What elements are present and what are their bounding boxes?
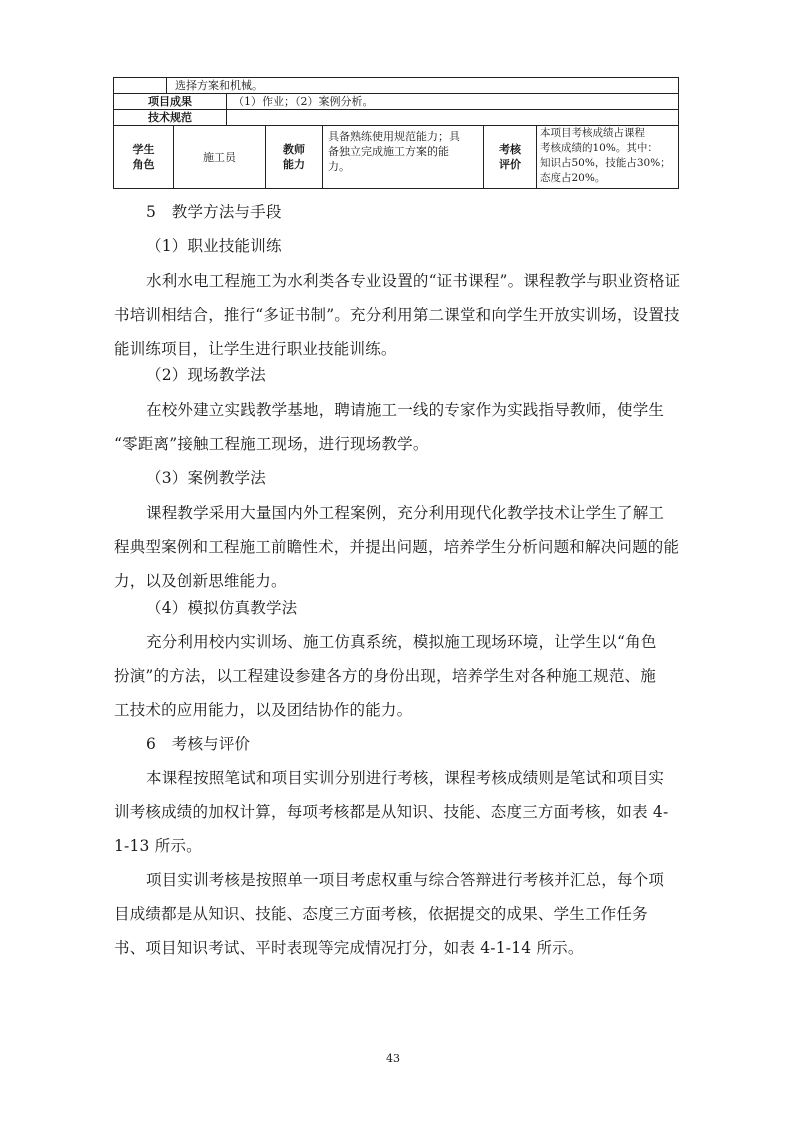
sec6-para2-line-3: 书、项目知识考试、平时表现等完成情况打分，如表 4-1-14 所示。 xyxy=(114,938,584,958)
teacher-ability-label-cell: 教师 能力 xyxy=(265,126,322,188)
sub3-line-2: 程典型案例和工程施工前瞻性术，并提出问题，培养学生分析问题和解决问题的能 xyxy=(114,537,679,557)
row1-label-cell xyxy=(114,78,166,93)
subsection-3-heading: （3）案例教学法 xyxy=(146,468,266,488)
teacher-ability-line3: 力。 xyxy=(328,159,478,174)
teacher-ability-line2: 备独立完成施工方案的能 xyxy=(328,144,478,159)
assessment-line1: 本项目考核成绩占课程 xyxy=(540,126,675,141)
subsection-1-heading: （1）职业技能训练 xyxy=(146,236,282,256)
table-row-3: 技术规范 xyxy=(113,109,679,125)
row2-value-cell: （1）作业；（2）案例分析。 xyxy=(226,94,678,109)
row3-label-cell: 技术规范 xyxy=(114,110,226,125)
section-5-heading: 5 教学方法与手段 xyxy=(146,202,282,222)
table-row-4: 学生 角色 施工员 教师 能力 具备熟练使用规范能力；具 备独立完成施工方案的能… xyxy=(113,125,679,189)
assessment-line3: 知识占50%，技能占30%； xyxy=(540,156,675,171)
sub1-line-1: 水利水电工程施工为水利类各专业设置的“证书课程”。课程教学与职业资格证 xyxy=(146,271,680,291)
sub3-line-3: 力，以及创新思维能力。 xyxy=(114,571,287,591)
sub4-line-3: 工技术的应用能力，以及团结协作的能力。 xyxy=(114,700,412,720)
sub4-line-2: 扮演”的方法，以工程建设参建各方的身份出现，培养学生对各种施工规范、施 xyxy=(114,666,656,686)
subsection-4-heading: （4）模拟仿真教学法 xyxy=(146,598,297,618)
student-role-value-cell: 施工员 xyxy=(173,126,265,188)
table-row-1: 选择方案和机械。 xyxy=(113,77,679,93)
student-role-label-cell: 学生 角色 xyxy=(114,126,173,188)
student-role-label-line2: 角色 xyxy=(133,157,155,172)
row3-value-cell xyxy=(226,110,678,125)
sec6-para1-line-2: 训考核成绩的加权计算，每项考核都是从知识、技能、态度三方面考核，如表 4- xyxy=(114,802,668,822)
page-number: 43 xyxy=(386,1052,400,1065)
assessment-line2: 考核成绩的10%。其中： xyxy=(540,141,675,156)
section-6-heading: 6 考核与评价 xyxy=(146,734,250,754)
assessment-label-line1: 考核 xyxy=(499,142,521,157)
assessment-value-cell: 本项目考核成绩占课程 考核成绩的10%。其中： 知识占50%，技能占30%； 态… xyxy=(536,126,678,188)
sec6-para2-line-1: 项目实训考核是按照单一项目考虑权重与综合答辩进行考核并汇总，每个项 xyxy=(146,870,664,890)
sub1-line-3: 能训练项目，让学生进行职业技能训练。 xyxy=(114,339,397,359)
sub2-line-1: 在校外建立实践教学基地，聘请施工一线的专家作为实践指导教师，使学生 xyxy=(146,400,664,420)
assessment-label-line2: 评价 xyxy=(499,157,521,172)
assessment-line4: 态度占20%。 xyxy=(540,171,675,186)
row2-label-cell: 项目成果 xyxy=(114,94,226,109)
sub3-line-1: 课程教学采用大量国内外工程案例，充分利用现代化教学技术让学生了解工 xyxy=(146,503,664,523)
teacher-ability-label-line2: 能力 xyxy=(283,157,305,172)
student-role-label-line1: 学生 xyxy=(133,142,155,157)
assessment-label-cell: 考核 评价 xyxy=(483,126,536,188)
teacher-ability-label-line1: 教师 xyxy=(283,142,305,157)
sub1-line-2: 书培训相结合，推行“多证书制”。充分利用第二课堂和向学生开放实训场，设置技 xyxy=(114,305,680,325)
sub2-line-2: “零距离”接触工程施工现场，进行现场教学。 xyxy=(114,434,429,454)
sub4-line-1: 充分利用校内实训场、施工仿真系统，模拟施工现场环境，让学生以“角色 xyxy=(146,632,657,652)
table-row-2: 项目成果 （1）作业；（2）案例分析。 xyxy=(113,93,679,109)
subsection-2-heading: （2）现场教学法 xyxy=(146,365,266,385)
teacher-ability-value-cell: 具备熟练使用规范能力；具 备独立完成施工方案的能 力。 xyxy=(322,126,483,188)
sec6-para1-line-1: 本课程按照笔试和项目实训分别进行考核，课程考核成绩则是笔试和项目实 xyxy=(146,768,664,788)
row1-value-cell: 选择方案和机械。 xyxy=(166,78,678,93)
teacher-ability-line1: 具备熟练使用规范能力；具 xyxy=(328,129,478,144)
sec6-para1-line-3: 1-13 所示。 xyxy=(114,836,202,856)
document-page: 选择方案和机械。 项目成果 （1）作业；（2）案例分析。 技术规范 学生 角色 … xyxy=(0,0,792,1122)
sec6-para2-line-2: 目成绩都是从知识、技能、态度三方面考核，依据提交的成果、学生工作任务 xyxy=(114,904,648,924)
